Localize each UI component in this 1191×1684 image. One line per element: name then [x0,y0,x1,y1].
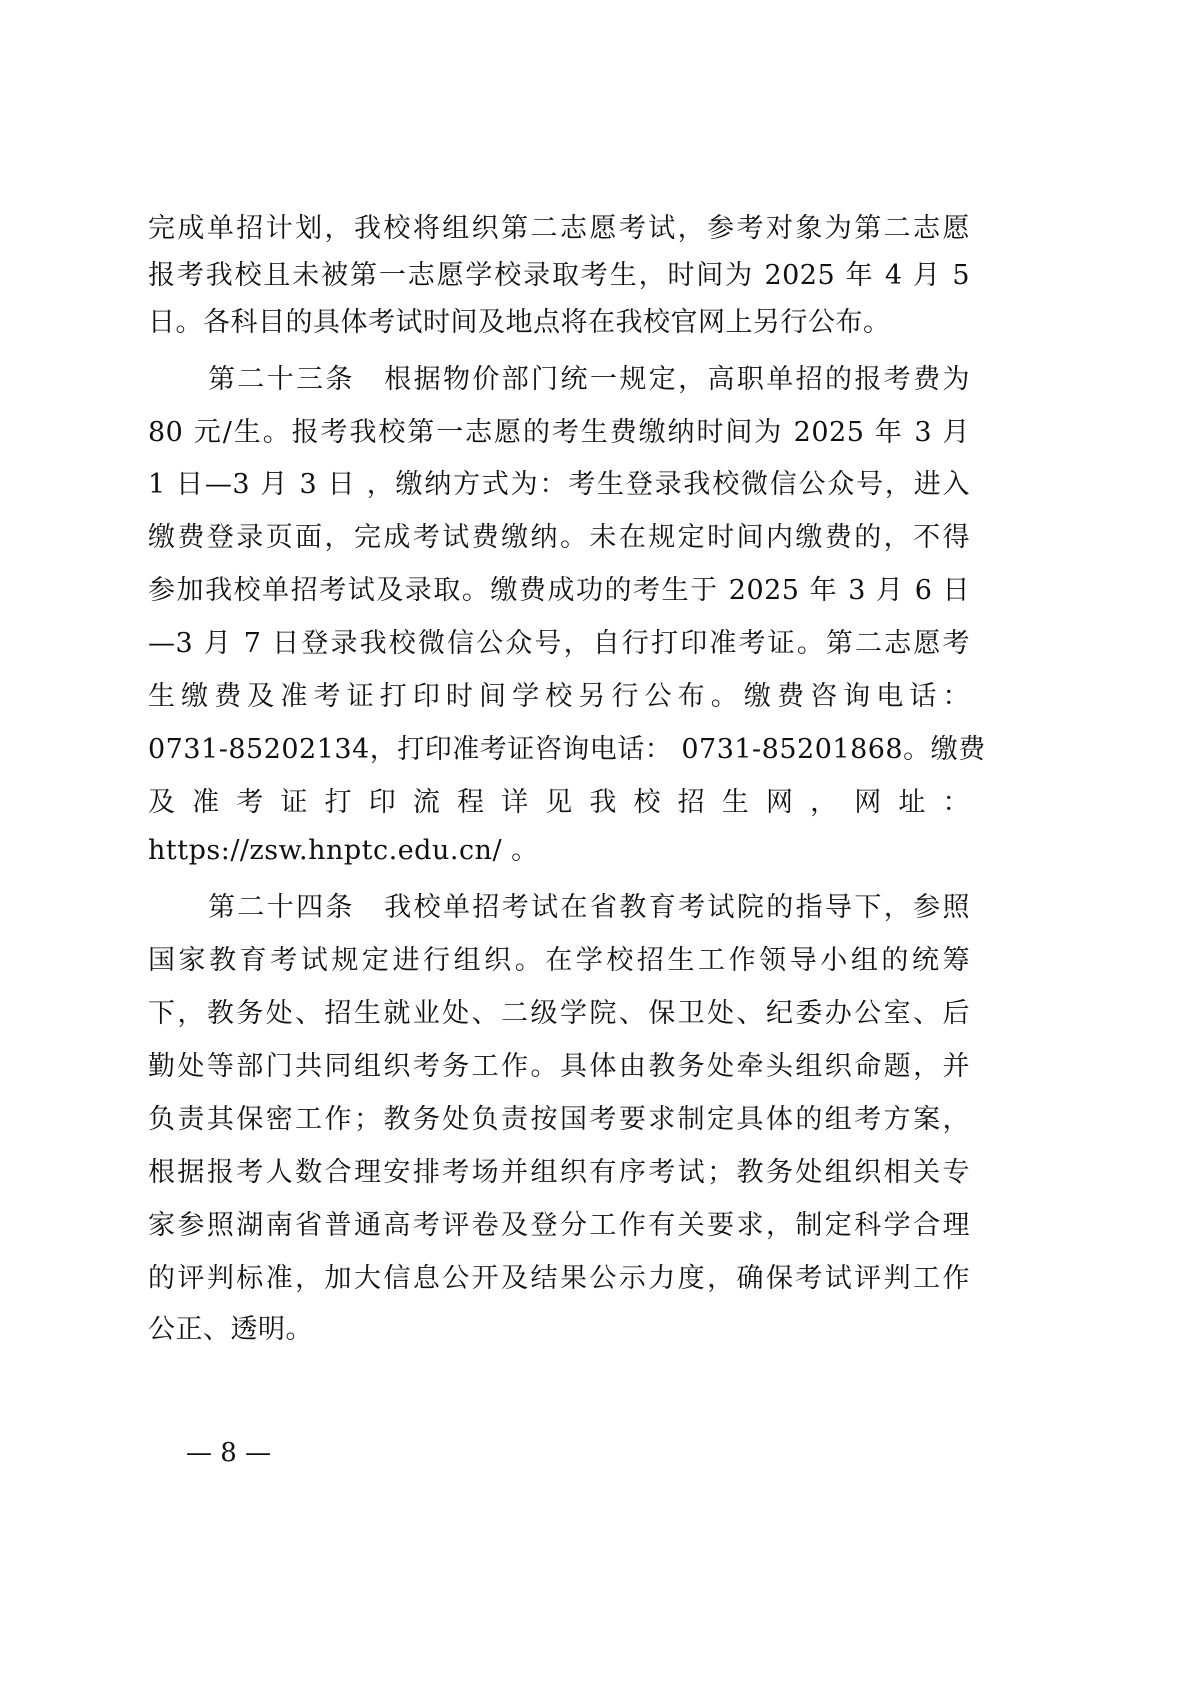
text-line: 负责其保密工作；教务处负责按国考要求制定具体的组考方案， [148,1096,970,1143]
text-line: 参加我校单招考试及录取。缴费成功的考生于 2025 年 3 月 6 日 [148,567,970,614]
text-line: 报考我校且未被第一志愿学校录取考生，时间为 2025 年 4 月 5 [148,252,970,299]
text-line: 缴费登录页面，完成考试费缴纳。未在规定时间内缴费的，不得 [148,514,970,561]
text-line: 公正、透明。 [148,1306,970,1353]
text-line: 下，教务处、招生就业处、二级学院、保卫处、纪委办公室、后 [148,990,970,1037]
text-line: 80 元/生。报考我校第一志愿的考生费缴纳时间为 2025 年 3 月 [148,409,970,456]
text-line: 日。各科目的具体考试时间及地点将在我校官网上另行公布。 [148,299,970,346]
website-url: https://zsw.hnptc.edu.cn/ 。 [148,827,970,874]
text-line: 家参照湖南省普通高考评卷及登分工作有关要求，制定科学合理 [148,1202,970,1249]
text-line: 生缴费及准考证打印时间学校另行公布。缴费咨询电话： [148,673,970,720]
text-line: 国家教育考试规定进行组织。在学校招生工作领导小组的统筹 [148,937,970,984]
text-line: 的评判标准，加大信息公开及结果公示力度，确保考试评判工作 [148,1255,970,1302]
article-23-heading-line: 第二十三条 根据物价部门统一规定，高职单招的报考费为 [208,356,970,403]
document-page: 完成单招计划，我校将组织第二志愿考试，参考对象为第二志愿 报考我校且未被第一志愿… [0,0,1191,1684]
text-line: 完成单招计划，我校将组织第二志愿考试，参考对象为第二志愿 [148,205,970,252]
text-line: 勤处等部门共同组织考务工作。具体由教务处牵头组织命题，并 [148,1043,970,1090]
text-line: 1 日—3 月 3 日 ，缴纳方式为：考生登录我校微信公众号，进入 [148,461,970,508]
phone-numbers-line: 0731-85202134，打印准考证咨询电话： 0731-85201868。缴… [148,726,970,773]
text-line: 根据报考人数合理安排考场并组织有序考试；教务处组织相关专 [148,1149,970,1196]
article-24-heading-line: 第二十四条 我校单招考试在省教育考试院的指导下，参照 [208,884,970,931]
page-number: — 8 — [186,1433,271,1473]
text-line: —3 月 7 日登录我校微信公众号，自行打印准考证。第二志愿考 [148,620,970,667]
text-line: 及准考证打印流程详见我校招生网，网址： [148,779,970,826]
